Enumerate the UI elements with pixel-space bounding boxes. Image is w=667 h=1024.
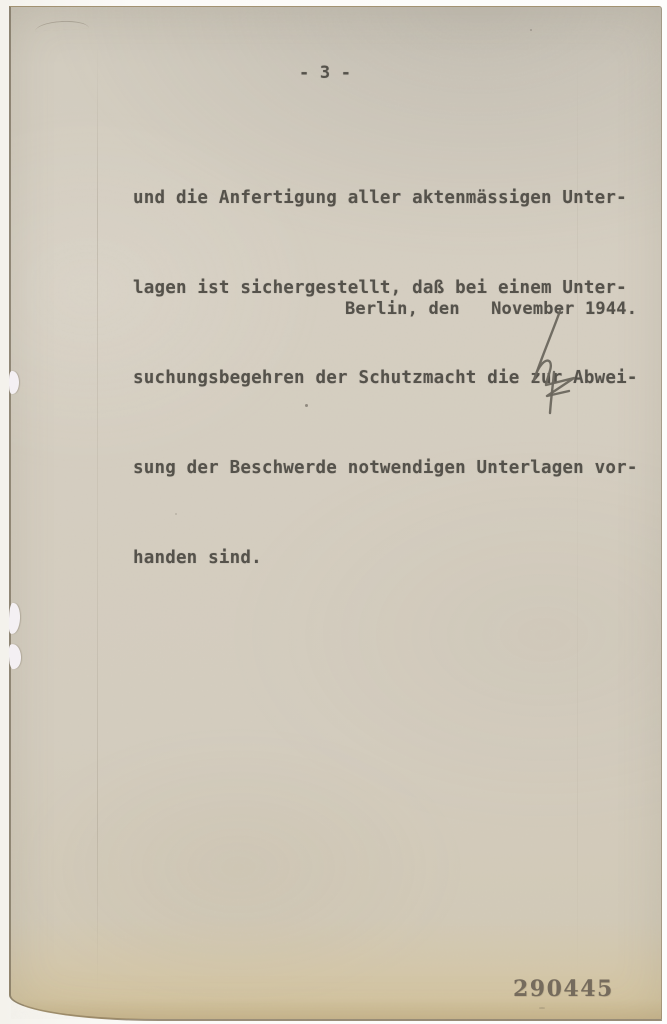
body-line: und die Anfertigung aller aktenmässigen … <box>133 183 638 213</box>
paper-tear-notch <box>8 603 21 635</box>
ink-speck <box>539 1007 545 1009</box>
pencil-scratch <box>35 20 89 32</box>
body-line: handen sind. <box>133 543 638 573</box>
archive-stamp-number: 290445 <box>513 976 614 1002</box>
scan-background: - 3 - und die Anfertigung aller aktenmäs… <box>0 0 667 1024</box>
signature-paraph-icon <box>497 301 597 423</box>
paper-tear-notch <box>8 644 22 670</box>
ink-speck <box>530 29 532 31</box>
page-number: - 3 - <box>299 63 351 83</box>
vertical-crease <box>97 43 98 993</box>
body-line: sung der Beschwerde notwendigen Unterlag… <box>133 453 638 483</box>
paper-tear-notch <box>9 371 19 394</box>
document-page: - 3 - und die Anfertigung aller aktenmäs… <box>9 6 662 1021</box>
